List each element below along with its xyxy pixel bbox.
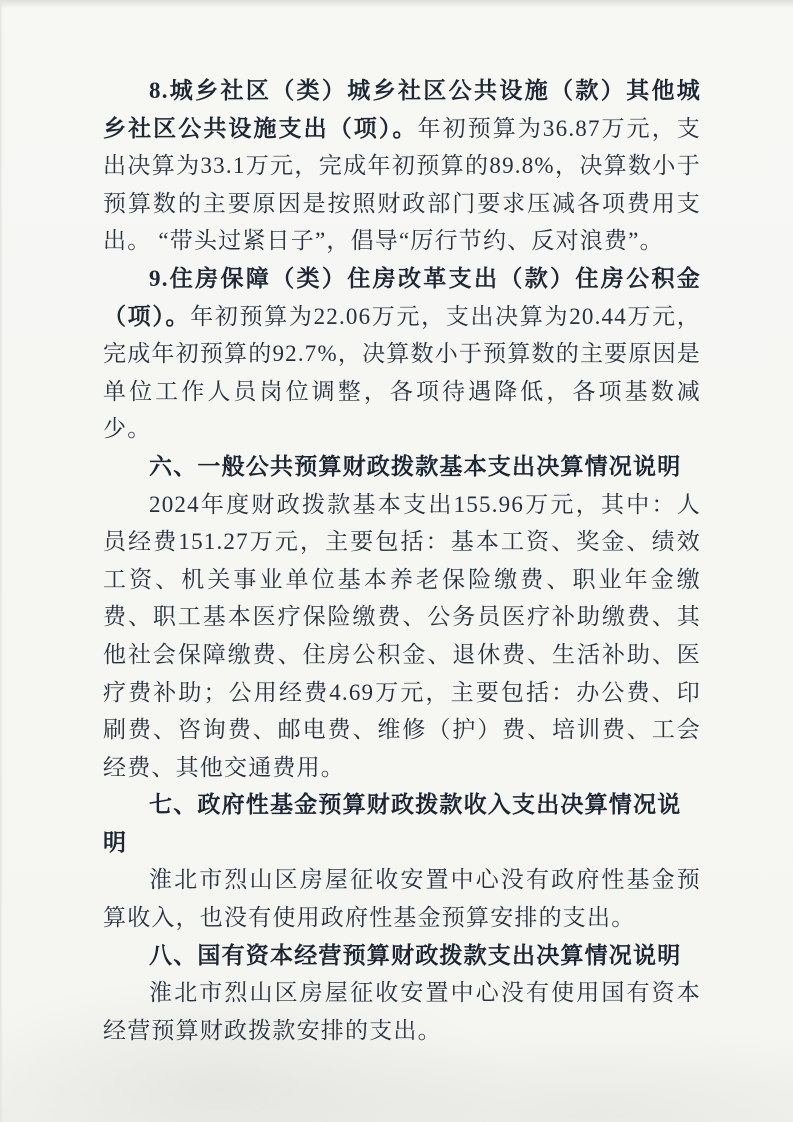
paragraph-0: 8.城乡社区（类）城乡社区公共设施（款）其他城乡社区公共设施支出（项）。年初预算…: [103, 72, 701, 260]
scan-top-edge-shadow: [0, 0, 793, 8]
paragraph-3: 2024年度财政拨款基本支出155.96万元，其中：人员经费151.27万元，主…: [103, 486, 701, 787]
paragraph-bold-lead: 8.城乡社区（类）城乡社区公共设施（款）其他城乡社区公共设施支出（项）。: [103, 78, 701, 141]
document-body: 8.城乡社区（类）城乡社区公共设施（款）其他城乡社区公共设施支出（项）。年初预算…: [103, 72, 701, 1049]
paragraph-7: 淮北市烈山区房屋征收安置中心没有使用国有资本经营预算财政拨款安排的支出。: [103, 974, 701, 1049]
section-heading-6: 八、国有资本经营预算财政拨款支出决算情况说明: [103, 937, 701, 975]
section-heading-2: 六、一般公共预算财政拨款基本支出决算情况说明: [103, 448, 701, 486]
paragraph-bold-lead: 9.住房保障（类）住房改革支出（款）住房公积金（项）。: [103, 266, 701, 329]
scanned-document-page: { "page": { "kind": "scanned-budget-fina…: [0, 0, 793, 1122]
paragraph-5: 淮北市烈山区房屋征收安置中心没有政府性基金预算收入，也没有使用政府性基金预算安排…: [103, 861, 701, 936]
scan-left-edge-shadow: [0, 0, 3, 1122]
paragraph-1: 9.住房保障（类）住房改革支出（款）住房公积金（项）。年初预算为22.06万元，…: [103, 260, 701, 448]
section-heading-4: 七、政府性基金预算财政拨款收入支出决算情况说明: [103, 786, 701, 861]
